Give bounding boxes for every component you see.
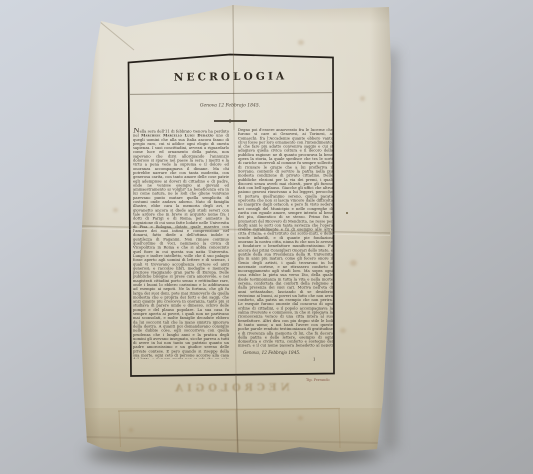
paper-edge-shading-top (88, 0, 392, 24)
document-title: NECROLOGIA (128, 70, 333, 84)
dateline-heading-wrap: Genova 12 Febbrajo 1845. (170, 103, 290, 108)
foxing-stain (350, 260, 357, 266)
foxing-stain (340, 328, 346, 333)
showthrough-title: NECROLOGIA (128, 382, 333, 394)
foxing-stain (298, 416, 303, 420)
body-column-left-text: Nella sera dell'11 di febbraio Genova ha… (133, 128, 229, 359)
corner-fold-crease (100, 22, 134, 50)
dateline-heading: Genova 12 Febbrajo 1845. (170, 103, 290, 108)
horizontal-fold-highlight (81, 229, 390, 236)
ink-speck (346, 212, 348, 214)
foxing-stain (113, 208, 118, 212)
foxing-stain (129, 428, 133, 432)
body-column-right: Degno poi d'essere annoverato fra le luc… (238, 128, 333, 347)
photo-backdrop: NECROLOGIA Genova 12 Febbrajo 1845. Nell… (0, 0, 533, 474)
title-underline-rule (130, 92, 332, 95)
foxing-stain (298, 40, 304, 45)
vertical-fold-crease (234, 130, 236, 374)
body-column-left: Nella sera dell'11 di febbraio Genova ha… (133, 128, 229, 359)
old-document-paper: NECROLOGIA Genova 12 Febbrajo 1845. Nell… (0, 0, 533, 474)
page-number: 1 (313, 357, 316, 362)
page-number-wrap: 1 (313, 357, 316, 362)
divider-tick (228, 119, 232, 123)
foxing-stain (360, 96, 365, 101)
closing-dateline: Genova, 12 Febbrajo 1845. (243, 350, 300, 355)
obituary-continuation: uno di quegli uomini che alla sua Italia… (133, 133, 229, 359)
subtitle-divider (214, 120, 247, 122)
horizontal-fold-crease (81, 226, 390, 233)
paper-edge-shading-left (78, 0, 100, 474)
closing-dateline-wrap: Genova, 12 Febbrajo 1845. (243, 350, 300, 355)
body-column-right-text: Degno poi d'essere annoverato fra le luc… (238, 128, 333, 347)
